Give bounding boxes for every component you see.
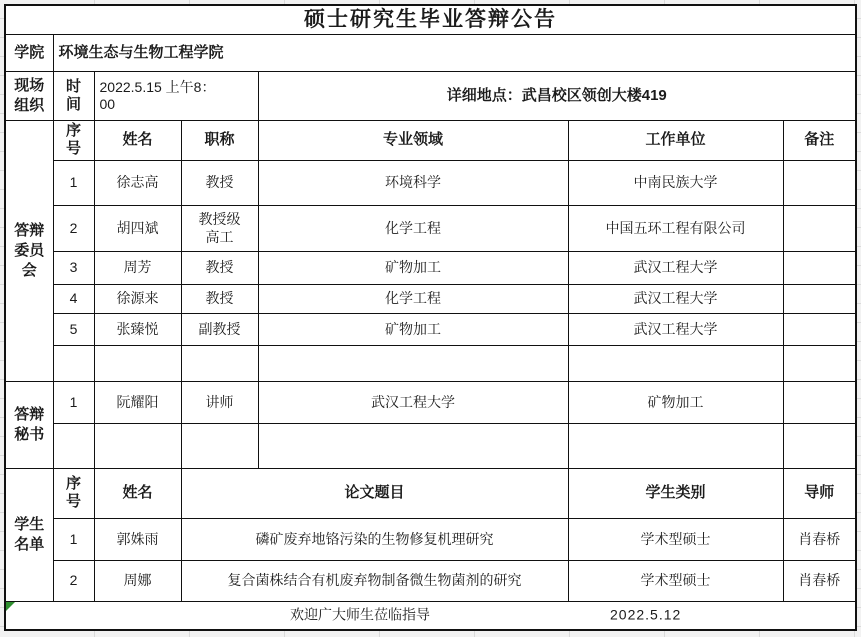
cell-seq: 5: [53, 314, 94, 346]
cell-seq: 1: [53, 161, 94, 206]
students-section-label: 学生名单: [5, 469, 53, 602]
committee-header-unit: 工作单位: [568, 121, 783, 161]
cell-note: [783, 206, 856, 252]
cell-unit: 武汉工程大学: [568, 314, 783, 346]
cell-name: 徐源来: [94, 285, 181, 314]
college-label: 学院: [5, 35, 53, 72]
cell-field: 矿物加工: [568, 382, 783, 424]
time-label: 时间: [53, 72, 94, 121]
defense-announcement-table: 硕士研究生毕业答辩公告 学院 环境生态与生物工程学院 现场组织 时间 2022.…: [4, 4, 857, 631]
cell-field: 化学工程: [258, 285, 568, 314]
cell-seq: 4: [53, 285, 94, 314]
committee-header-note: 备注: [783, 121, 856, 161]
cell-title: 教授: [181, 285, 258, 314]
committee-empty-row: [5, 346, 856, 382]
cell-title: [181, 424, 258, 469]
cell-field: [258, 346, 568, 382]
cell-seq: [53, 424, 94, 469]
cell-advisor: 肖春桥: [783, 519, 856, 561]
cell-note: [783, 285, 856, 314]
committee-row: 2 胡四斌 教授级高工 化学工程 中国五环工程有限公司: [5, 206, 856, 252]
page-title: 硕士研究生毕业答辩公告: [5, 5, 856, 35]
cell-unit: 武汉工程大学: [568, 252, 783, 285]
cell-field: 矿物加工: [258, 314, 568, 346]
spreadsheet-page: 硕士研究生毕业答辩公告 学院 环境生态与生物工程学院 现场组织 时间 2022.…: [0, 0, 861, 637]
cell-unit: 中南民族大学: [568, 161, 783, 206]
cell-title: 教授: [181, 161, 258, 206]
cell-title: 教授级高工: [181, 206, 258, 252]
cell-seq: 2: [53, 206, 94, 252]
students-header-thesis: 论文题目: [181, 469, 568, 519]
cell-note: [783, 161, 856, 206]
cell-note: [783, 382, 856, 424]
committee-header-name: 姓名: [94, 121, 181, 161]
cell-title: [181, 346, 258, 382]
committee-row: 1 徐志高 教授 环境科学 中南民族大学: [5, 161, 856, 206]
student-row: 2 周娜 复合菌株结合有机废弃物制备微生物菌剂的研究 学术型硕士 肖春桥: [5, 561, 856, 602]
cell-thesis: 磷矿废弃地铬污染的生物修复机理研究: [181, 519, 568, 561]
cell-thesis: 复合菌株结合有机废弃物制备微生物菌剂的研究: [181, 561, 568, 602]
committee-section-label: 答辩委员会: [5, 121, 53, 382]
cell-seq: 1: [53, 382, 94, 424]
cell-name: 徐志高: [94, 161, 181, 206]
cell-name: 胡四斌: [94, 206, 181, 252]
cell-field: 环境科学: [258, 161, 568, 206]
committee-header-seq: 序号: [53, 121, 94, 161]
committee-header-field: 专业领域: [258, 121, 568, 161]
cell-seq: 3: [53, 252, 94, 285]
cell-note: [783, 314, 856, 346]
time-value: 2022.5.15 上午8：00: [94, 72, 258, 121]
location-value: 详细地点：武昌校区领创大楼419: [258, 72, 856, 121]
cell-name: [94, 424, 181, 469]
cell-field: 矿物加工: [258, 252, 568, 285]
cell-seq: 1: [53, 519, 94, 561]
cell-seq: [53, 346, 94, 382]
organization-label: 现场组织: [5, 72, 53, 121]
cell-unit: 武汉工程大学: [568, 285, 783, 314]
cell-note: [783, 252, 856, 285]
cell-name: [94, 346, 181, 382]
footer-row: 欢迎广大师生莅临指导 2022.5.12: [5, 602, 856, 630]
committee-row: 4 徐源来 教授 化学工程 武汉工程大学: [5, 285, 856, 314]
secretary-section-label: 答辩秘书: [5, 382, 53, 469]
students-header-type: 学生类别: [568, 469, 783, 519]
students-header-seq: 序号: [53, 469, 94, 519]
cell-title: 副教授: [181, 314, 258, 346]
secretary-row: 答辩秘书 1 阮耀阳 讲师 武汉工程大学 矿物加工: [5, 382, 856, 424]
cell-field: 化学工程: [258, 206, 568, 252]
cell-unit: 中国五环工程有限公司: [568, 206, 783, 252]
footer-welcome-text: 欢迎广大师生莅临指导: [290, 607, 430, 625]
committee-header-title: 职称: [181, 121, 258, 161]
college-value: 环境生态与生物工程学院: [53, 35, 856, 72]
cell-name: 郭姝雨: [94, 519, 181, 561]
cell-name: 张臻悦: [94, 314, 181, 346]
cell-type: 学术型硕士: [568, 561, 783, 602]
cell-seq: 2: [53, 561, 94, 602]
cell-name: 周娜: [94, 561, 181, 602]
students-header-advisor: 导师: [783, 469, 856, 519]
cell-type: 学术型硕士: [568, 519, 783, 561]
committee-row: 5 张臻悦 副教授 矿物加工 武汉工程大学: [5, 314, 856, 346]
students-header-name: 姓名: [94, 469, 181, 519]
cell-title: 讲师: [181, 382, 258, 424]
secretary-empty-row: [5, 424, 856, 469]
excel-error-triangle-icon: [6, 602, 15, 611]
cell-unit: [568, 346, 783, 382]
cell-name: 周芳: [94, 252, 181, 285]
cell-name: 阮耀阳: [94, 382, 181, 424]
cell-unit: 武汉工程大学: [258, 382, 568, 424]
cell-title: 教授: [181, 252, 258, 285]
cell-unit: [258, 424, 568, 469]
cell-advisor: 肖春桥: [783, 561, 856, 602]
committee-row: 3 周芳 教授 矿物加工 武汉工程大学: [5, 252, 856, 285]
footer-date: 2022.5.12: [610, 607, 681, 625]
cell-note: [783, 424, 856, 469]
cell-field: [568, 424, 783, 469]
student-row: 1 郭姝雨 磷矿废弃地铬污染的生物修复机理研究 学术型硕士 肖春桥: [5, 519, 856, 561]
cell-note: [783, 346, 856, 382]
